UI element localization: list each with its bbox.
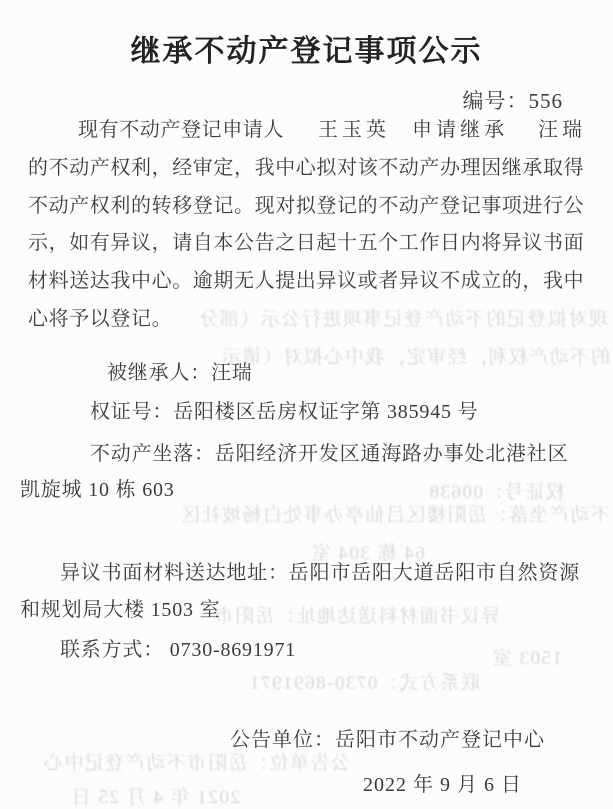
- property-location-line-2: 凯旋城 10 栋 603: [20, 473, 175, 502]
- paragraph-line-3: 不动产权利的转移登记。现对拟登记的不动产登记事项进行公: [28, 189, 584, 218]
- objection-address-line-2: 和规划局大楼 1503 室: [20, 593, 220, 622]
- objection-address-line-1: 异议书面材料送达地址：岳阳市岳阳大道岳阳市自然资源: [60, 556, 580, 585]
- bleed-through-text: 现对拟登记的不动产登记事项进行公示（部分: [130, 304, 608, 331]
- bleed-through-text: 异议书面材料送达地址：岳阳市: [285, 601, 500, 628]
- decedent-name-inline: 汪瑞: [538, 113, 586, 142]
- bleed-through-text: 公告单位：岳阳市不动产登记中心: [55, 748, 350, 775]
- bleed-through-text: 权证号：00638: [380, 477, 565, 504]
- notice-document: 现对拟登记的不动产登记事项进行公示（部分 的不动产权利，经审定，我中心拟对（请示…: [0, 0, 613, 809]
- doc-number: 编号：556: [0, 85, 563, 115]
- decedent-field: 被继承人：汪瑞: [107, 356, 253, 385]
- notice-title: 继承不动产登记事项公示: [0, 26, 613, 70]
- date-line: 2022 年 9 月 6 日: [363, 768, 522, 797]
- line1-middle: 申请继承: [412, 113, 508, 142]
- paragraph-line-4: 示，如有异议，请自本公告之日起十五个工作日内将异议书面: [28, 226, 584, 255]
- bleed-through-text: 不动产坐落：岳阳楼区吕仙亭办事处白杨坡社区: [65, 500, 610, 527]
- issuer-line: 公告单位：岳阳市不动产登记中心: [230, 723, 545, 752]
- certificate-number-field: 权证号：岳阳楼区岳房权证字第 385945 号: [90, 395, 478, 424]
- bleed-through-text: 联系方式：0730-8691971: [285, 668, 480, 695]
- bleed-through-text: 的不动产权利，经审定，我中心拟对（请示: [190, 342, 610, 369]
- paragraph-line-5: 材料送达我中心。逾期无人提出异议或者异议不成立的，我中: [28, 264, 584, 293]
- applicant-name: 王玉英: [318, 113, 390, 142]
- paragraph-line-6: 心将予以登记。: [28, 302, 172, 331]
- paragraph-line-2: 的不动产权利，经审定，我中心拟对该不动产办理因继承取得: [28, 151, 584, 180]
- line1-prefix: 现有不动产登记申请人: [78, 113, 284, 142]
- bleed-through-text: 2021 年 4 月 25 日: [55, 782, 240, 809]
- contact-field: 联系方式： 0730-8691971: [60, 633, 296, 662]
- paragraph-line-1: 现有不动产登记申请人王玉英申请继承汪瑞: [28, 113, 586, 142]
- bleed-through-text: 1503 室: [440, 643, 562, 670]
- property-location-line-1: 不动产坐落：岳阳经济开发区通海路办事处北港社区: [90, 437, 568, 466]
